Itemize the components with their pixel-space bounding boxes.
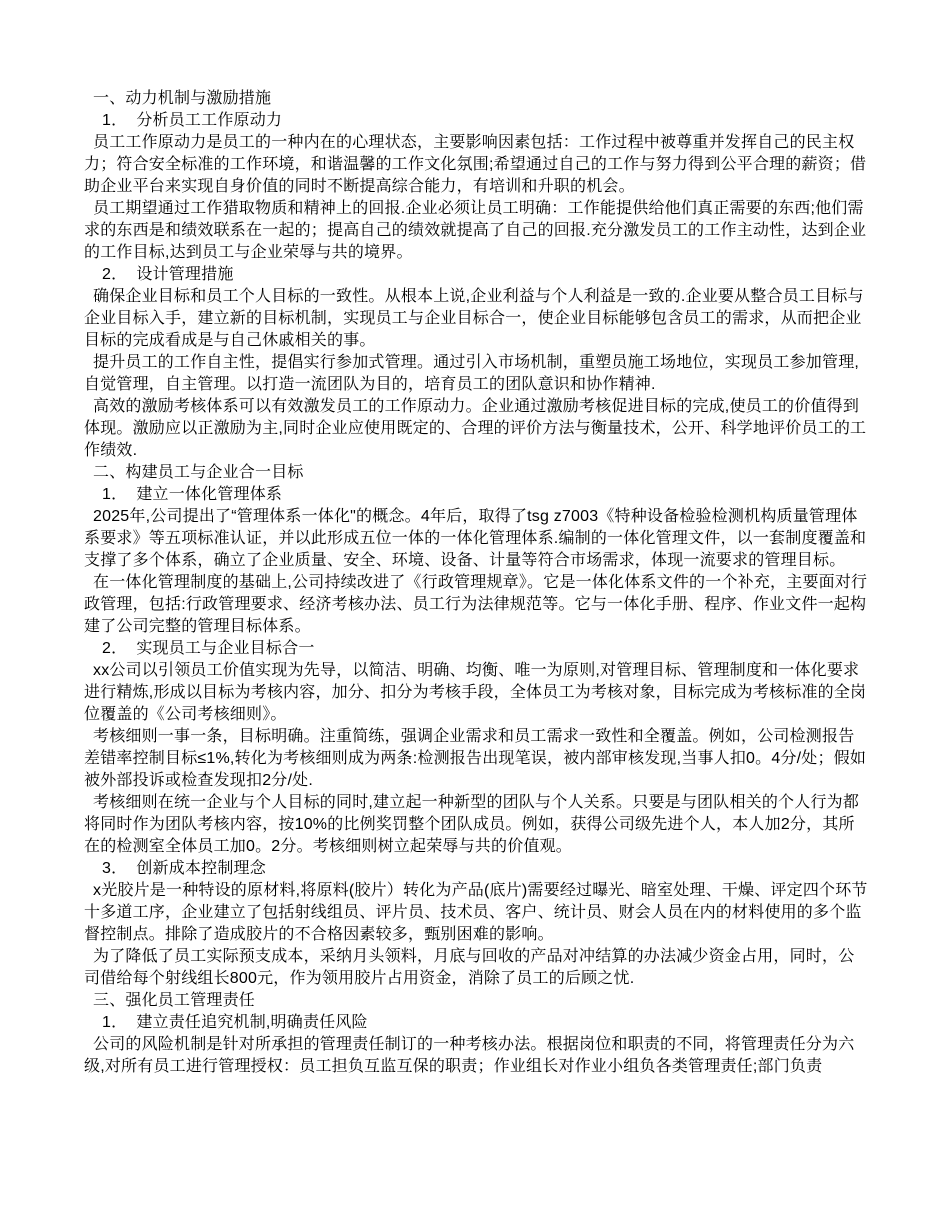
- paragraph: xx公司以引领员工价值实现为先导，以简洁、明确、均衡、唯一为原则,对管理目标、管…: [84, 660, 868, 726]
- paragraph-text: 考核细则在统一企业与个人目标的同时,建立起一种新型的团队与个人关系。只要是与团队…: [84, 794, 859, 855]
- sub-heading: 1．建立一体化管理体系: [84, 484, 868, 506]
- section-heading: 三、强化员工管理责任: [84, 990, 868, 1012]
- sub-heading: 2．设计管理措施: [84, 264, 868, 286]
- paragraph-text: 三、强化员工管理责任: [93, 992, 255, 1009]
- sub-heading: 1．分析员工工作原动力: [84, 110, 868, 132]
- paragraph: 在一体化管理制度的基础上,公司持续改进了《行政管理规章》。它是一体化体系文件的一…: [84, 572, 868, 638]
- paragraph: 高效的激励考核体系可以有效激发员工的工作原动力。企业通过激励考核促进目标的完成,…: [84, 396, 868, 462]
- paragraph-text: 考核细则一事一条，目标明确。注重简练，强调企业需求和员工需求一致性和全覆盖。例如…: [84, 728, 866, 789]
- paragraph-text: 高效的激励考核体系可以有效激发员工的工作原动力。企业通过激励考核促进目标的完成,…: [84, 398, 866, 459]
- paragraph-text: 2025年,公司提出了“管理体系一体化"的概念。4年后，取得了tsg z7003…: [84, 508, 866, 569]
- list-number: 1．: [93, 110, 127, 132]
- paragraph-text: 员工工作原动力是员工的一种内在的心理状态，主要影响因素包括：工作过程中被尊重并发…: [84, 134, 866, 195]
- list-number: 1．: [93, 484, 127, 506]
- sub-heading: 3．创新成本控制理念: [84, 858, 868, 880]
- paragraph-text: 提升员工的工作自主性，提倡实行参加式管理。通过引入市场机制，重塑员施工场地位，实…: [84, 354, 859, 393]
- list-number: 1．: [93, 1012, 127, 1034]
- paragraph-text: 实现员工与企业目标合一: [136, 640, 314, 657]
- paragraph-text: 在一体化管理制度的基础上,公司持续改进了《行政管理规章》。它是一体化体系文件的一…: [84, 574, 867, 635]
- paragraph: 2025年,公司提出了“管理体系一体化"的概念。4年后，取得了tsg z7003…: [84, 506, 868, 572]
- section-heading: 二、构建员工与企业合一目标: [84, 462, 868, 484]
- paragraph: 考核细则在统一企业与个人目标的同时,建立起一种新型的团队与个人关系。只要是与团队…: [84, 792, 868, 858]
- paragraph-text: 分析员工工作原动力: [136, 112, 282, 129]
- paragraph: x光胶片是一种特设的原材料,将原料(胶片）转化为产品(底片)需要经过曝光、暗室处…: [84, 880, 868, 946]
- paragraph-text: 员工期望通过工作猎取物质和精神上的回报.企业必须让员工明确：工作能提供给他们真正…: [84, 200, 866, 261]
- paragraph-text: x光胶片是一种特设的原材料,将原料(胶片）转化为产品(底片)需要经过曝光、暗室处…: [84, 882, 868, 943]
- document-page: 一、动力机制与激励措施1．分析员工工作原动力员工工作原动力是员工的一种内在的心理…: [0, 0, 950, 1230]
- paragraph: 考核细则一事一条，目标明确。注重简练，强调企业需求和员工需求一致性和全覆盖。例如…: [84, 726, 868, 792]
- list-number: 2．: [93, 264, 127, 286]
- paragraph-text: xx公司以引领员工价值实现为先导，以简洁、明确、均衡、唯一为原则,对管理目标、管…: [84, 662, 866, 723]
- paragraph-text: 设计管理措施: [136, 266, 233, 283]
- paragraph: 公司的风险机制是针对所承担的管理责任制订的一种考核办法。根据岗位和职责的不同，将…: [84, 1034, 868, 1078]
- list-number: 3．: [93, 858, 127, 880]
- paragraph: 员工工作原动力是员工的一种内在的心理状态，主要影响因素包括：工作过程中被尊重并发…: [84, 132, 868, 198]
- document-body: 一、动力机制与激励措施1．分析员工工作原动力员工工作原动力是员工的一种内在的心理…: [84, 88, 868, 1078]
- section-heading: 一、动力机制与激励措施: [84, 88, 868, 110]
- paragraph: 为了降低了员工实际预支成本，采纳月头领料，月底与回收的产品对冲结算的办法减少资金…: [84, 946, 868, 990]
- paragraph-text: 为了降低了员工实际预支成本，采纳月头领料，月底与回收的产品对冲结算的办法减少资金…: [84, 948, 854, 987]
- paragraph-text: 一、动力机制与激励措施: [93, 90, 271, 107]
- sub-heading: 1．建立责任追究机制,明确责任风险: [84, 1012, 868, 1034]
- paragraph: 提升员工的工作自主性，提倡实行参加式管理。通过引入市场机制，重塑员施工场地位，实…: [84, 352, 868, 396]
- paragraph-text: 二、构建员工与企业合一目标: [93, 464, 304, 481]
- paragraph-text: 创新成本控制理念: [136, 860, 266, 877]
- sub-heading: 2．实现员工与企业目标合一: [84, 638, 868, 660]
- paragraph: 员工期望通过工作猎取物质和精神上的回报.企业必须让员工明确：工作能提供给他们真正…: [84, 198, 868, 264]
- paragraph-text: 公司的风险机制是针对所承担的管理责任制订的一种考核办法。根据岗位和职责的不同，将…: [84, 1036, 854, 1075]
- paragraph-text: 确保企业目标和员工个人目标的一致性。从根本上说,企业利益与个人利益是一致的.企业…: [84, 288, 864, 349]
- paragraph: 确保企业目标和员工个人目标的一致性。从根本上说,企业利益与个人利益是一致的.企业…: [84, 286, 868, 352]
- paragraph-text: 建立一体化管理体系: [136, 486, 282, 503]
- list-number: 2．: [93, 638, 127, 660]
- paragraph-text: 建立责任追究机制,明确责任风险: [136, 1014, 367, 1031]
